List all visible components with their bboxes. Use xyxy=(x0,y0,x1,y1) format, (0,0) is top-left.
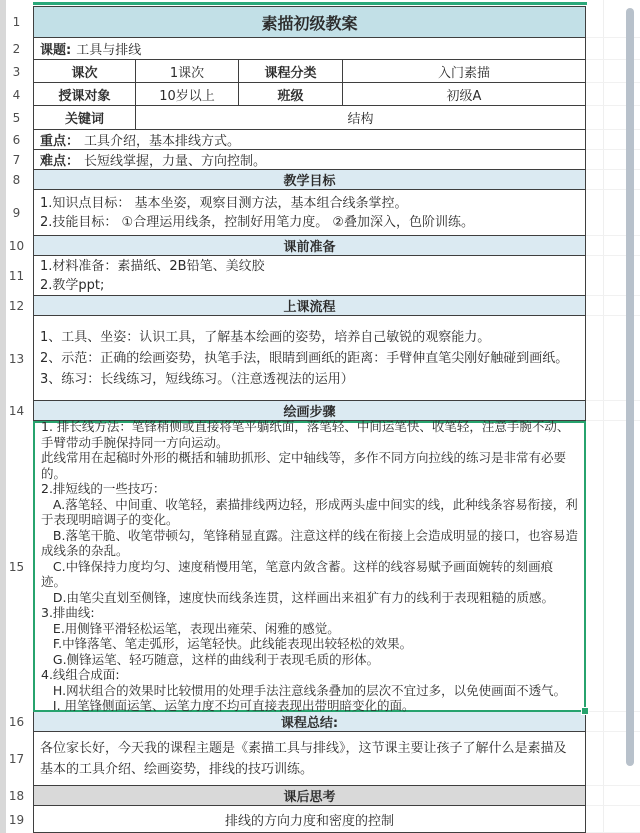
fill-handle[interactable] xyxy=(581,707,589,715)
table-row: 2 课题: 工具与排线 xyxy=(0,38,640,60)
spreadsheet-view: 1 素描初级教案 2 课题: 工具与排线 3 课次 1课次 课程分类 xyxy=(0,0,640,833)
table-row: 7 难点： 长短线掌握，力量、方向控制。 xyxy=(0,150,640,170)
lesson-count-value-cell[interactable]: 1课次 xyxy=(136,60,239,82)
audience-label-cell[interactable]: 授课对象 xyxy=(34,83,136,105)
drawing-steps-cell[interactable]: 1. 排长线方法：笔锋稍侧或直接将笔平躺纸面，落笔轻、中间运笔快、收笔轻，注意手… xyxy=(35,423,584,710)
class-value-cell[interactable]: 初级A xyxy=(343,83,585,105)
after-class-header-cell[interactable]: 课后思考 xyxy=(34,786,585,805)
table-row: 3 课次 1课次 课程分类 入门素描 xyxy=(0,60,640,83)
difficulties-label: 难点： xyxy=(40,150,79,169)
selected-cell-border: 1. 排长线方法：笔锋稍侧或直接将笔平躺纸面，落笔轻、中间运笔快、收笔轻，注意手… xyxy=(33,421,586,712)
table-row: 5 关键词 结构 xyxy=(0,106,640,130)
table-row: 4 授课对象 10岁以上 班级 初级A xyxy=(0,83,640,106)
row-number[interactable]: 3 xyxy=(0,60,33,83)
table-row: 10 课前准备 xyxy=(0,236,640,256)
audience-value-cell[interactable]: 10岁以上 xyxy=(136,83,239,105)
course-summary-text: 各位家长好，今天我的课程主题是《素描工具与排线》，这节课主要让孩子了解什么是素描… xyxy=(40,738,579,780)
row-number[interactable]: 7 xyxy=(0,150,33,170)
drawing-steps-header-cell[interactable]: 绘画步骤 xyxy=(34,401,585,420)
empty-cell[interactable] xyxy=(586,786,640,806)
topic-label: 课题: xyxy=(40,39,71,58)
row-number[interactable]: 19 xyxy=(0,806,33,833)
row-number[interactable]: 15 xyxy=(0,421,33,712)
table-row: 16 课程总结: xyxy=(0,712,640,732)
row-number[interactable]: 2 xyxy=(0,38,33,60)
drawing-steps-text: 1. 排长线方法：笔锋稍侧或直接将笔平躺纸面，落笔轻、中间运笔快、收笔轻，注意手… xyxy=(41,419,578,714)
key-points-label: 重点： xyxy=(40,130,79,149)
selection-top-border xyxy=(33,2,587,5)
row-number[interactable]: 16 xyxy=(0,712,33,732)
table-row: 6 重点： 工具介绍，基本排线方式。 xyxy=(0,130,640,150)
row-number[interactable]: 8 xyxy=(0,170,33,190)
topic-value: 工具与排线 xyxy=(76,39,141,58)
course-type-value-cell[interactable]: 入门素描 xyxy=(343,60,585,82)
preparation-text: 1.材料准备：素描纸、2B铅笔、美纹胶 2.教学ppt; xyxy=(40,257,265,295)
table-row: 19 排线的方向力度和密度的控制 xyxy=(0,806,640,833)
topic-cell[interactable]: 课题: 工具与排线 xyxy=(34,38,585,59)
sheet-rows: 1 素描初级教案 2 课题: 工具与排线 3 课次 1课次 课程分类 xyxy=(0,6,640,833)
class-flow-cell[interactable]: 1、工具、坐姿：认识工具，了解基本绘画的姿势，培养自己敏锐的观察能力。 2、示范… xyxy=(34,316,585,400)
table-row: 17 各位家长好，今天我的课程主题是《素描工具与排线》，这节课主要让孩子了解什么… xyxy=(0,732,640,786)
table-row: 12 上课流程 xyxy=(0,296,640,316)
row-number[interactable]: 5 xyxy=(0,106,33,130)
lesson-count-label-cell[interactable]: 课次 xyxy=(34,60,136,82)
table-row: 14 绘画步骤 xyxy=(0,401,640,421)
preparation-cell[interactable]: 1.材料准备：素描纸、2B铅笔、美纹胶 2.教学ppt; xyxy=(34,256,585,295)
table-row: 15 1. 排长线方法：笔锋稍侧或直接将笔平躺纸面，落笔轻、中间运笔快、收笔轻，… xyxy=(0,421,640,712)
row-number[interactable]: 4 xyxy=(0,83,33,106)
key-points-value: 工具介绍，基本排线方式。 xyxy=(84,130,240,149)
table-row: 9 1.知识点目标： 基本坐姿，观察目测方法，基本组合线条掌控。 2.技能目标：… xyxy=(0,190,640,236)
teaching-goals-header-cell[interactable]: 教学目标 xyxy=(34,170,585,189)
table-row: 1 素描初级教案 xyxy=(0,6,640,38)
row-number[interactable]: 9 xyxy=(0,190,33,236)
class-label-cell[interactable]: 班级 xyxy=(239,83,343,105)
course-type-label-cell[interactable]: 课程分类 xyxy=(239,60,343,82)
keywords-label-cell[interactable]: 关键词 xyxy=(34,106,136,129)
difficulties-value: 长短线掌握，力量、方向控制。 xyxy=(84,150,266,169)
row-number[interactable]: 12 xyxy=(0,296,33,316)
row-number[interactable]: 18 xyxy=(0,786,33,806)
difficulties-cell[interactable]: 难点： 长短线掌握，力量、方向控制。 xyxy=(34,150,585,169)
row-number[interactable]: 13 xyxy=(0,316,33,401)
preparation-header-cell[interactable]: 课前准备 xyxy=(34,236,585,255)
row-number[interactable]: 1 xyxy=(0,6,33,38)
class-flow-header-cell[interactable]: 上课流程 xyxy=(34,296,585,315)
row-number[interactable]: 10 xyxy=(0,236,33,256)
table-row: 13 1、工具、坐姿：认识工具，了解基本绘画的姿势，培养自己敏锐的观察能力。 2… xyxy=(0,316,640,401)
doc-title-cell[interactable]: 素描初级教案 xyxy=(34,7,585,37)
table-row: 18 课后思考 xyxy=(0,786,640,806)
class-flow-text: 1、工具、坐姿：认识工具，了解基本绘画的姿势，培养自己敏锐的观察能力。 2、示范… xyxy=(40,327,568,390)
course-summary-header-cell[interactable]: 课程总结: xyxy=(34,712,585,731)
row-number[interactable]: 11 xyxy=(0,256,33,296)
vertical-scrollbar[interactable] xyxy=(626,8,634,766)
teaching-goals-text: 1.知识点目标： 基本坐姿，观察目测方法，基本组合线条掌控。 2.技能目标： ①… xyxy=(40,194,474,232)
row-number[interactable]: 6 xyxy=(0,130,33,150)
course-summary-cell[interactable]: 各位家长好，今天我的课程主题是《素描工具与排线》，这节课主要让孩子了解什么是素描… xyxy=(34,732,585,785)
row-number[interactable]: 17 xyxy=(0,732,33,786)
table-row: 8 教学目标 xyxy=(0,170,640,190)
after-class-cell[interactable]: 排线的方向力度和密度的控制 xyxy=(34,806,585,832)
table-row: 11 1.材料准备：素描纸、2B铅笔、美纹胶 2.教学ppt; xyxy=(0,256,640,296)
empty-cell[interactable] xyxy=(586,806,640,833)
key-points-cell[interactable]: 重点： 工具介绍，基本排线方式。 xyxy=(34,130,585,149)
teaching-goals-cell[interactable]: 1.知识点目标： 基本坐姿，观察目测方法，基本组合线条掌控。 2.技能目标： ①… xyxy=(34,190,585,235)
row-number[interactable]: 14 xyxy=(0,401,33,421)
keywords-value-cell[interactable]: 结构 xyxy=(136,106,585,129)
